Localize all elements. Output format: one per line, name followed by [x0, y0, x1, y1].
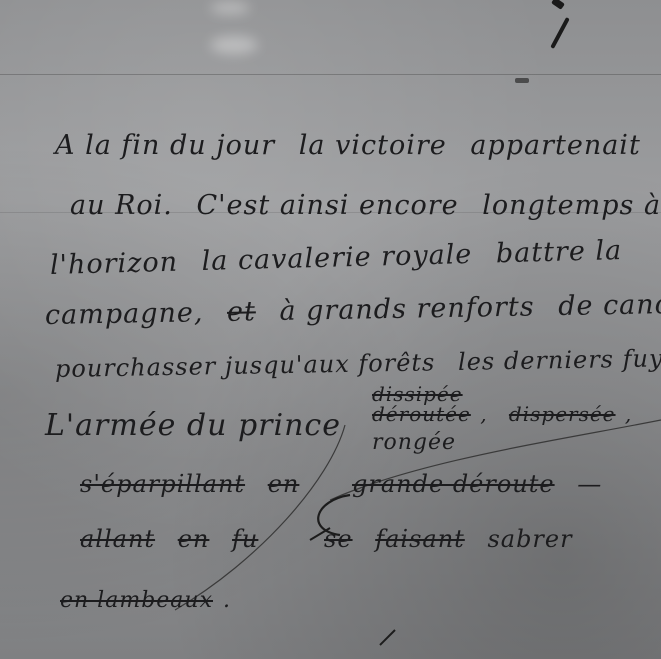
- struck-word: se: [324, 525, 353, 553]
- word: au Roi.: [70, 190, 173, 221]
- paper-smudge: [210, 36, 258, 54]
- word: de canons,: [558, 288, 661, 322]
- struck-word: en lambeaux: [60, 588, 213, 613]
- manuscript-line: L'armée du prince: [45, 408, 355, 443]
- manuscript-line: rongée: [372, 430, 470, 455]
- struck-word: faisant: [375, 525, 465, 553]
- manuscript-line: déroutée , dispersée ,: [372, 402, 646, 426]
- manuscript-line: s'éparpillant en grande déroute —: [80, 470, 616, 498]
- word: C'est ainsi encore: [196, 190, 458, 221]
- word: —: [577, 470, 602, 498]
- word: la victoire: [299, 130, 447, 161]
- word: pourchasser jusqu'aux forêts: [55, 348, 436, 383]
- word: les derniers fuyards —: [458, 343, 661, 376]
- struck-word: s'éparpillant: [80, 470, 245, 498]
- struck-word: allant: [80, 525, 155, 553]
- manuscript-line: l'horizon la cavalerie royale battre la: [50, 235, 637, 281]
- word: à grands renforts: [279, 291, 535, 326]
- paper-smudge: [210, 2, 250, 14]
- word: la cavalerie royale: [201, 239, 472, 277]
- word: appartenait: [470, 130, 640, 161]
- struck-word: grande déroute: [352, 470, 555, 498]
- word: battre la: [495, 235, 622, 269]
- word: rongée: [372, 430, 456, 455]
- paper-fold-line: [0, 74, 661, 75]
- struck-word: déroutée: [372, 402, 471, 426]
- word: l'horizon: [50, 247, 179, 281]
- struck-word: en: [268, 470, 300, 498]
- manuscript-line: pourchasser jusqu'aux forêts les dernier…: [55, 343, 661, 383]
- ink-mark: [551, 0, 565, 10]
- manuscript-line: en lambeaux .: [60, 588, 245, 613]
- word: L'armée du prince: [45, 408, 341, 443]
- struck-word: dispersée: [509, 402, 616, 426]
- ink-mark: [550, 17, 569, 49]
- manuscript-line: allant en fu ( se faisant sabrer: [80, 525, 587, 553]
- manuscript-line: campagne, et à grands renforts de canons…: [45, 288, 661, 331]
- struck-word: en: [178, 525, 210, 553]
- word: A la fin du jour: [55, 130, 275, 161]
- ink-mark: [515, 78, 529, 83]
- manuscript-page: A la fin du jour la victoire appartenait…: [0, 0, 661, 659]
- struck-word: fu: [232, 525, 258, 553]
- manuscript-line: au Roi. C'est ainsi encore longtemps à: [70, 190, 661, 221]
- word: .: [223, 588, 231, 613]
- word: ,: [480, 402, 487, 426]
- word: campagne,: [45, 297, 204, 331]
- manuscript-line: A la fin du jour la victoire appartenait: [55, 130, 655, 161]
- word: ,: [625, 402, 632, 426]
- struck-word: et: [227, 296, 256, 327]
- word: sabrer: [487, 525, 572, 553]
- word: longtemps à: [482, 190, 661, 221]
